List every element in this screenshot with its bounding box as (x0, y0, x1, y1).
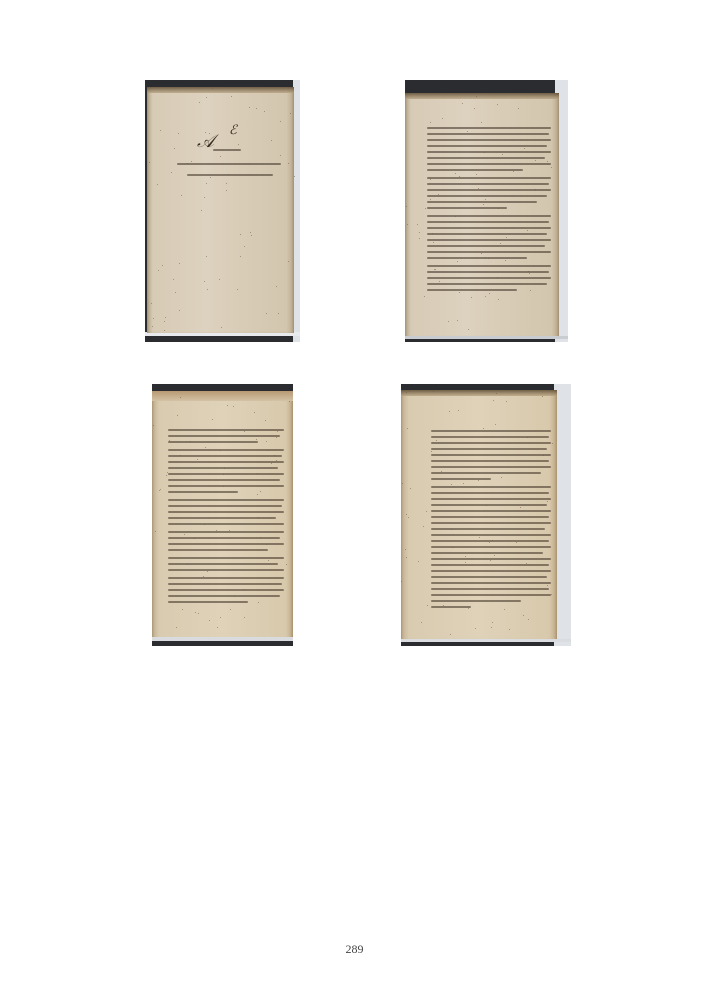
paper-speck (475, 628, 476, 629)
paper-speck (224, 468, 225, 469)
paper-speck (449, 411, 450, 412)
paper-speck (234, 596, 235, 597)
manuscript-photo-page-4 (401, 384, 571, 646)
paper-speck (455, 216, 456, 217)
paper-speck (201, 210, 202, 211)
paper-speck (254, 412, 255, 413)
paper-speck (276, 286, 277, 287)
paper-speck (178, 133, 179, 134)
paper-speck (227, 405, 228, 406)
manuscript-page (401, 390, 557, 640)
paper-speck (204, 197, 205, 198)
paper-speck (424, 296, 425, 297)
paper-speck (486, 505, 487, 506)
paper-speck (229, 530, 230, 531)
paper-speck (286, 564, 287, 565)
paper-speck (237, 289, 238, 290)
paper-speck (258, 602, 259, 603)
paper-speck (436, 440, 437, 441)
paper-speck (434, 269, 435, 270)
paper-speck (159, 490, 160, 491)
paper-speck (209, 133, 210, 134)
paper-speck (485, 296, 486, 297)
paper-speck (257, 473, 258, 474)
paper-speck (157, 184, 158, 185)
paper-speck (462, 103, 463, 104)
paper-speck (207, 571, 208, 572)
paper-speck (220, 156, 221, 157)
paper-speck (260, 491, 261, 492)
paper-speck (547, 585, 548, 586)
paper-speck (527, 230, 528, 231)
paper-speck (431, 451, 432, 452)
paper-speck (184, 534, 185, 535)
paper-speck (268, 560, 269, 561)
paper-speck (547, 161, 548, 162)
paper-speck (240, 234, 241, 235)
paper-speck (206, 256, 207, 257)
paper-speck (451, 484, 452, 485)
page-edge (152, 391, 293, 401)
paper-speck (251, 235, 252, 236)
paper-speck (151, 303, 152, 304)
paper-speck (169, 440, 170, 441)
paper-speck (280, 121, 281, 122)
paper-speck (497, 277, 498, 278)
paper-speck (542, 396, 543, 397)
paper-speck (518, 108, 519, 109)
paper-speck (167, 472, 168, 473)
paper-speck (496, 393, 497, 394)
page-edge (405, 93, 559, 99)
paper-speck (421, 622, 422, 623)
paper-speck (288, 261, 289, 262)
paper-speck (513, 171, 514, 172)
title-line (177, 163, 281, 165)
paper-speck (451, 529, 452, 530)
paper-speck (465, 556, 466, 557)
paper-speck (497, 104, 498, 105)
paper-speck (187, 163, 188, 164)
paper-speck (417, 224, 418, 225)
paper-speck (406, 514, 407, 515)
paper-speck (450, 634, 451, 635)
paper-speck (489, 293, 490, 294)
paper-speck (197, 459, 198, 460)
paper-speck (489, 542, 490, 543)
paper-speck (187, 564, 188, 565)
paper-speck (180, 455, 181, 456)
paper-speck (264, 111, 265, 112)
paper-speck (265, 420, 266, 421)
paper-speck (476, 96, 477, 97)
page-edge (147, 87, 294, 93)
paper-speck (206, 97, 207, 98)
paper-speck (164, 321, 165, 322)
paper-speck (266, 441, 267, 442)
paper-speck (505, 260, 506, 261)
paper-speck (280, 155, 281, 156)
paper-speck (198, 613, 199, 614)
paper-speck (485, 199, 486, 200)
paper-speck (474, 108, 475, 109)
paper-speck (271, 140, 272, 141)
paper-speck (455, 173, 456, 174)
paper-speck (205, 132, 206, 133)
paper-speck (543, 455, 544, 456)
paper-speck (175, 292, 176, 293)
calligraphic-title: 𝒜 (197, 131, 214, 152)
paper-speck (244, 617, 245, 618)
paper-speck (432, 233, 433, 234)
paper-speck (260, 537, 261, 538)
paper-speck (468, 329, 469, 330)
paper-speck (206, 183, 207, 184)
paper-speck (203, 576, 204, 577)
paper-speck (212, 88, 213, 89)
paper-speck (528, 619, 529, 620)
paper-speck (271, 463, 272, 464)
paper-speck (410, 488, 411, 489)
paper-speck (267, 450, 268, 451)
page-edge (401, 390, 557, 396)
paper-speck (180, 397, 181, 398)
paper-speck (153, 318, 154, 319)
paper-speck (459, 176, 460, 177)
paper-speck (457, 320, 458, 321)
manuscript-page (405, 93, 559, 337)
paper-speck (212, 419, 213, 420)
paper-speck (277, 431, 278, 432)
paper-speck (492, 540, 493, 541)
paper-speck (405, 549, 406, 550)
paper-speck (230, 609, 231, 610)
paper-speck (551, 167, 552, 168)
paper-speck (463, 483, 464, 484)
paper-speck (181, 195, 182, 196)
paper-speck (478, 188, 479, 189)
calligraphic-monogram: ℰ (229, 123, 237, 138)
paper-speck (278, 313, 279, 314)
paper-speck (408, 517, 409, 518)
photo-bottom-strip (401, 639, 571, 642)
paper-speck (204, 281, 205, 282)
paper-speck (226, 190, 227, 191)
paper-speck (289, 401, 290, 402)
paper-speck (406, 392, 407, 393)
paper-speck (257, 494, 258, 495)
paper-speck (483, 428, 484, 429)
paper-speck (276, 437, 277, 438)
paper-speck (249, 107, 250, 108)
paper-speck (493, 400, 494, 401)
paper-speck (216, 530, 217, 531)
paper-speck (173, 279, 174, 280)
paper-speck (276, 460, 277, 461)
paper-speck (527, 437, 528, 438)
paper-speck (419, 232, 420, 233)
paper-speck (425, 208, 426, 209)
paper-speck (244, 431, 245, 432)
paper-speck (438, 194, 439, 195)
paper-speck (439, 281, 440, 282)
paper-speck (430, 179, 431, 180)
paper-speck (162, 265, 163, 266)
paper-speck (467, 131, 468, 132)
paper-speck (176, 627, 177, 628)
paper-speck (191, 161, 192, 162)
paper-speck (495, 424, 496, 425)
photo-bottom-strip (152, 637, 293, 641)
paper-speck (526, 563, 527, 564)
paper-speck (160, 130, 161, 131)
paper-speck (501, 477, 502, 478)
paper-speck (423, 526, 424, 527)
paper-speck (419, 238, 420, 239)
paper-speck (407, 224, 408, 225)
paper-speck (155, 531, 156, 532)
paper-speck (484, 152, 485, 153)
paper-speck (294, 176, 295, 177)
paper-speck (433, 242, 434, 243)
paper-speck (490, 560, 491, 561)
paper-speck (171, 172, 172, 173)
manuscript-page: 𝒜 ℰ (147, 87, 294, 333)
paper-speck (158, 270, 159, 271)
paper-speck (290, 113, 291, 114)
paper-speck (516, 542, 517, 543)
paper-speck (524, 148, 525, 149)
paper-speck (427, 605, 428, 606)
paper-speck (535, 160, 536, 161)
paper-speck (240, 256, 241, 257)
paper-speck (244, 246, 245, 247)
paper-speck (244, 589, 245, 590)
paper-speck (492, 622, 493, 623)
paper-speck (498, 208, 499, 209)
paper-speck (530, 290, 531, 291)
paper-speck (426, 511, 427, 512)
paper-speck (205, 447, 206, 448)
manuscript-photo-title-page: 𝒜 ℰ (145, 80, 300, 342)
paper-speck (149, 162, 150, 163)
paper-speck (207, 289, 208, 290)
paper-speck (164, 330, 165, 331)
paper-speck (494, 555, 495, 556)
page-number: 289 (0, 942, 709, 957)
paper-speck (485, 257, 486, 258)
paper-speck (468, 608, 469, 609)
paper-speck (535, 189, 536, 190)
paper-speck (409, 391, 410, 392)
paper-speck (223, 486, 224, 487)
paper-speck (500, 243, 501, 244)
paper-speck (153, 425, 154, 426)
paper-speck (401, 581, 402, 582)
manuscript-photo-page-3 (152, 384, 293, 646)
paper-speck (210, 177, 211, 178)
paper-speck (190, 441, 191, 442)
paper-speck (443, 605, 444, 606)
paper-speck (528, 271, 529, 272)
paper-speck (219, 450, 220, 451)
paper-speck (204, 524, 205, 525)
paper-speck (551, 594, 552, 595)
paper-speck (233, 406, 234, 407)
paper-speck (458, 410, 459, 411)
paper-speck (288, 163, 289, 164)
paper-speck (238, 144, 239, 145)
paper-speck (199, 102, 200, 103)
title-line (187, 174, 273, 176)
paper-speck (476, 174, 477, 175)
paper-speck (166, 475, 167, 476)
paper-speck (160, 489, 161, 490)
paper-speck (228, 174, 229, 175)
paper-speck (258, 517, 259, 518)
paper-speck (194, 538, 195, 539)
paper-speck (523, 615, 524, 616)
paper-speck (547, 501, 548, 502)
paper-speck (418, 561, 419, 562)
paper-speck (520, 507, 521, 508)
paper-speck (165, 317, 166, 318)
paper-speck (195, 612, 196, 613)
paper-speck (209, 620, 210, 621)
paper-speck (491, 627, 492, 628)
paper-speck (231, 96, 232, 97)
paper-speck (509, 629, 510, 630)
paper-speck (226, 183, 227, 184)
paper-speck (442, 118, 443, 119)
paper-speck (498, 299, 499, 300)
paper-speck (430, 122, 431, 123)
paper-speck (406, 557, 407, 558)
paper-speck (441, 471, 442, 472)
paper-speck (459, 292, 460, 293)
paper-speck (552, 443, 553, 444)
paper-speck (152, 326, 153, 327)
paper-speck (223, 474, 224, 475)
paper-speck (402, 483, 403, 484)
paper-speck (448, 321, 449, 322)
paper-speck (266, 313, 267, 314)
paper-speck (182, 609, 183, 610)
paper-speck (220, 617, 221, 618)
paper-speck (256, 439, 257, 440)
paper-speck (256, 108, 257, 109)
paper-speck (529, 273, 530, 274)
paper-speck (504, 609, 505, 610)
paper-speck (407, 428, 408, 429)
paper-speck (506, 237, 507, 238)
paper-speck (478, 480, 479, 481)
paper-speck (221, 327, 222, 328)
manuscript-photo-page-2 (405, 80, 568, 342)
paper-speck (266, 544, 267, 545)
paper-speck (481, 122, 482, 123)
paper-speck (406, 206, 407, 207)
paper-speck (465, 562, 466, 563)
paper-speck (433, 391, 434, 392)
paper-speck (488, 258, 489, 259)
paper-speck (481, 253, 482, 254)
paper-speck (479, 537, 480, 538)
paper-speck (430, 199, 431, 200)
paper-speck (250, 232, 251, 233)
paper-speck (274, 455, 275, 456)
paper-speck (174, 148, 175, 149)
paper-speck (179, 310, 180, 311)
paper-speck (471, 297, 472, 298)
paper-speck (457, 261, 458, 262)
paper-speck (217, 627, 218, 628)
paper-speck (502, 154, 503, 155)
paper-speck (483, 204, 484, 205)
photo-bottom-strip (405, 336, 568, 339)
paper-speck (179, 263, 180, 264)
photo-background (293, 80, 300, 342)
paper-speck (452, 547, 453, 548)
manuscript-page (152, 391, 293, 639)
title-line (213, 149, 241, 151)
paper-speck (177, 415, 178, 416)
paper-speck (219, 279, 220, 280)
paper-speck (506, 401, 507, 402)
